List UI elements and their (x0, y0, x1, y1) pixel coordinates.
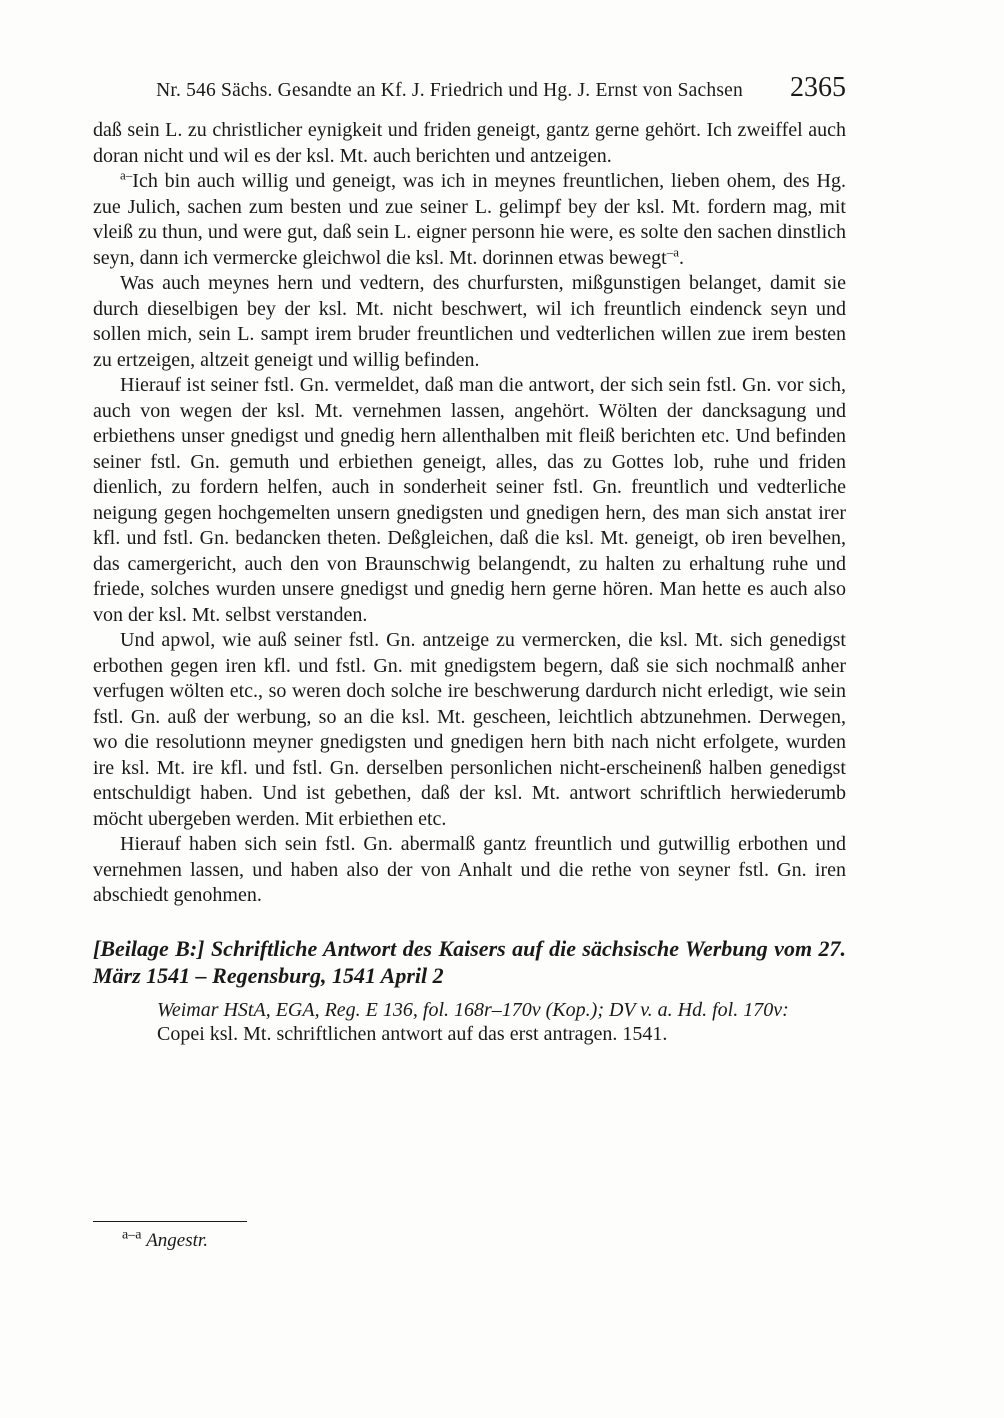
footnote-text: Angestr. (146, 1230, 208, 1251)
body-paragraph: daß sein L. zu christlicher eynigkeit un… (93, 118, 846, 169)
body-paragraph: a–Ich bin auch willig und geneigt, was i… (93, 169, 846, 271)
source-block: Weimar HStA, EGA, Reg. E 136, fol. 168r–… (93, 998, 846, 1046)
main-text: daß sein L. zu christlicher eynigkeit un… (93, 118, 846, 1046)
body-paragraph: Was auch meynes hern und vedtern, des ch… (93, 271, 846, 373)
footnote-rule (93, 1221, 247, 1222)
annotation-marker-end: –a (667, 244, 679, 259)
regest-line: Copei ksl. Mt. schriftlichen antwort auf… (157, 1022, 846, 1046)
body-paragraph: Hierauf ist seiner fstl. Gn. vermeldet, … (93, 373, 846, 628)
annotation-marker-start: a– (120, 167, 132, 182)
footnote: a–a Angestr. (122, 1229, 846, 1252)
page-number: 2365 (790, 72, 846, 104)
beilage-heading: [Beilage B:] Schriftliche Antwort des Ka… (93, 935, 846, 990)
paragraph-tail: . (679, 247, 684, 269)
running-title: Nr. 546 Sächs. Gesandte an Kf. J. Friedr… (93, 80, 846, 102)
paragraph-text: Ich bin auch willig und geneigt, was ich… (93, 170, 846, 269)
running-header: Nr. 546 Sächs. Gesandte an Kf. J. Friedr… (93, 80, 846, 102)
body-paragraph: Und apwol, wie auß seiner fstl. Gn. antz… (93, 628, 846, 832)
footnote-marker: a–a (122, 1228, 141, 1243)
archival-source-line: Weimar HStA, EGA, Reg. E 136, fol. 168r–… (157, 998, 846, 1022)
page: Nr. 546 Sächs. Gesandte an Kf. J. Friedr… (0, 0, 1004, 1418)
footnote-area: a–a Angestr. (93, 1221, 846, 1252)
body-paragraph: Hierauf haben sich sein fstl. Gn. aberma… (93, 832, 846, 909)
